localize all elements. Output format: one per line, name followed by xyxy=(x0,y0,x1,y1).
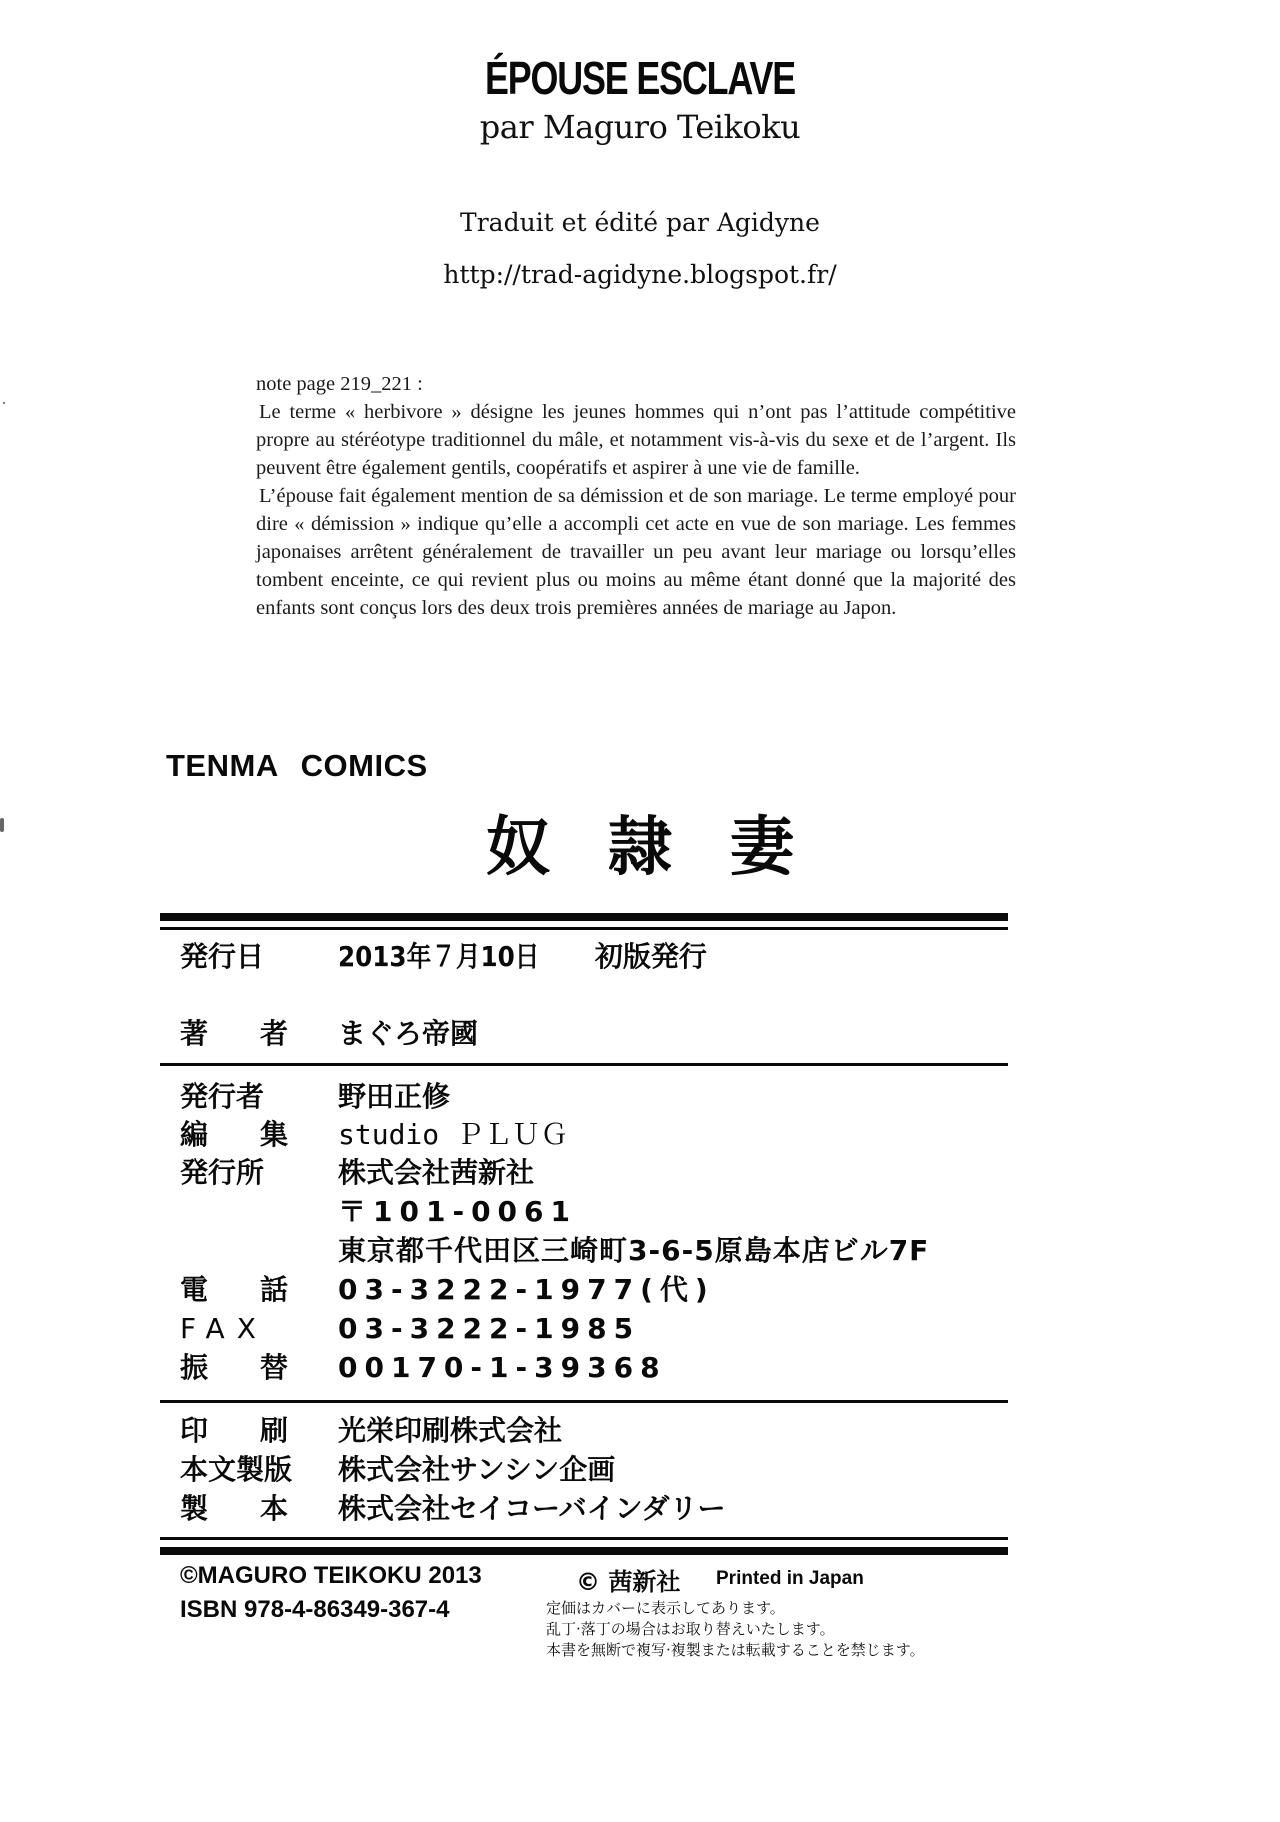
binding-label-char: 製 xyxy=(180,1490,208,1528)
editor-label-char: 編 xyxy=(180,1116,208,1154)
translator-url: http://trad-agidyne.blogspot.fr/ xyxy=(0,256,1280,294)
legal-notices: 定価はカバーに表示してあります。 乱丁·落丁の場合はお取り替えいたします。 本書… xyxy=(546,1598,925,1661)
phone-label-char: 話 xyxy=(260,1271,288,1309)
typesetting-row: 本文製版 株式会社サンシン企画 xyxy=(180,1451,615,1489)
postal-code-row: 〒101-0061 xyxy=(180,1193,577,1231)
binding-value: 株式会社セイコーバインダリー xyxy=(338,1490,726,1528)
divider-thick xyxy=(160,1547,1008,1555)
printing-row: 印 刷 光栄印刷株式会社 xyxy=(180,1412,562,1450)
phone-value: 03-3222-1977(代) xyxy=(338,1271,715,1309)
scan-speck xyxy=(0,818,4,832)
notice-line: 本書を無断で複写·複製または転載することを禁じます。 xyxy=(546,1640,925,1661)
notice-line: 定価はカバーに表示してあります。 xyxy=(546,1598,925,1619)
phone-label-char: 電 xyxy=(180,1271,208,1309)
printing-label-char: 印 xyxy=(180,1412,208,1450)
publisher-person-value: 野田正修 xyxy=(338,1078,450,1116)
phone-row: 電 話 03-3222-1977(代) xyxy=(180,1271,715,1309)
note-heading: note page 219_221 : xyxy=(256,370,1016,398)
translator-credit: Traduit et édité par Agidyne xyxy=(0,204,1280,242)
copyright-author: ©MAGURO TEIKOKU 2013 xyxy=(180,1562,482,1590)
editor-value: studio ＰＬＵＧ xyxy=(338,1116,568,1154)
translated-author-line: par Maguro Teikoku xyxy=(0,104,1280,150)
editor-label: 編 集 xyxy=(180,1116,288,1154)
printing-label: 印 刷 xyxy=(180,1412,288,1450)
publisher-row: 発行所 株式会社茜新社 xyxy=(180,1154,534,1192)
issue-date-row: 発行日 2013年７月10日 初版発行 xyxy=(180,938,707,976)
transfer-label: 振 替 xyxy=(180,1349,288,1387)
translator-note: note page 219_221 : Le terme « herbivore… xyxy=(256,370,1016,622)
fax-row: FAX 03-3222-1985 xyxy=(180,1310,640,1348)
divider-thin xyxy=(160,1063,1008,1066)
translated-title: ÉPOUSE ESCLAVE xyxy=(141,48,1139,108)
binding-label: 製 本 xyxy=(180,1490,288,1528)
transfer-label-char: 替 xyxy=(260,1349,288,1387)
editor-label-char: 集 xyxy=(260,1116,288,1154)
typesetting-label: 本文製版 xyxy=(180,1451,338,1489)
note-paragraph: Le terme « herbivore » désigne les jeune… xyxy=(256,398,1016,482)
divider-thin xyxy=(160,1400,1008,1403)
divider-thick xyxy=(160,913,1008,921)
binding-label-char: 本 xyxy=(260,1490,288,1528)
author-value: まぐろ帝國 xyxy=(338,1015,478,1053)
scan-speck xyxy=(3,402,5,404)
publisher-value: 株式会社茜新社 xyxy=(338,1154,534,1192)
issue-date-label: 発行日 xyxy=(180,938,338,976)
empty-label xyxy=(180,1232,338,1270)
japanese-title: 奴隷妻 xyxy=(0,808,1280,888)
publisher-person-row: 発行者 野田正修 xyxy=(180,1078,450,1116)
binding-row: 製 本 株式会社セイコーバインダリー xyxy=(180,1490,726,1528)
empty-label xyxy=(180,1193,338,1231)
printing-value: 光栄印刷株式会社 xyxy=(338,1412,562,1450)
publisher-label: 発行所 xyxy=(180,1154,338,1192)
phone-label: 電 話 xyxy=(180,1271,288,1309)
editor-row: 編 集 studio ＰＬＵＧ xyxy=(180,1116,568,1154)
typesetting-value: 株式会社サンシン企画 xyxy=(338,1451,615,1489)
divider-thin xyxy=(160,927,1008,930)
publisher-person-label: 発行者 xyxy=(180,1078,338,1116)
author-label-char: 者 xyxy=(260,1015,288,1053)
isbn: ISBN 978-4-86349-367-4 xyxy=(180,1596,450,1624)
transfer-label-char: 振 xyxy=(180,1349,208,1387)
note-paragraph: L’épouse fait également mention de sa dé… xyxy=(256,482,1016,622)
address-row: 東京都千代田区三崎町3-6-5原島本店ビル7F xyxy=(180,1232,929,1270)
author-label: 著 者 xyxy=(180,1015,288,1053)
author-row: 著 者 まぐろ帝國 xyxy=(180,1015,478,1053)
edition-value: 初版発行 xyxy=(561,938,707,976)
postal-code-value: 〒101-0061 xyxy=(338,1193,577,1231)
fax-label: FAX xyxy=(180,1310,326,1348)
notice-line: 乱丁·落丁の場合はお取り替えいたします。 xyxy=(546,1619,925,1640)
transfer-value: 00170-1-39368 xyxy=(338,1349,667,1387)
divider-thin xyxy=(160,1537,1008,1540)
printed-in-japan: Printed in Japan xyxy=(716,1568,864,1590)
issue-date-value: 2013年７月10日 xyxy=(338,938,539,976)
author-label-char: 著 xyxy=(180,1015,208,1053)
fax-value: 03-3222-1985 xyxy=(338,1310,640,1348)
transfer-row: 振 替 00170-1-39368 xyxy=(180,1349,667,1387)
address-value: 東京都千代田区三崎町3-6-5原島本店ビル7F xyxy=(338,1232,929,1270)
series-name: TENMA COMICS xyxy=(166,748,428,784)
copyright-publisher: © 茜新社 xyxy=(576,1562,680,1597)
printing-label-char: 刷 xyxy=(260,1412,288,1450)
